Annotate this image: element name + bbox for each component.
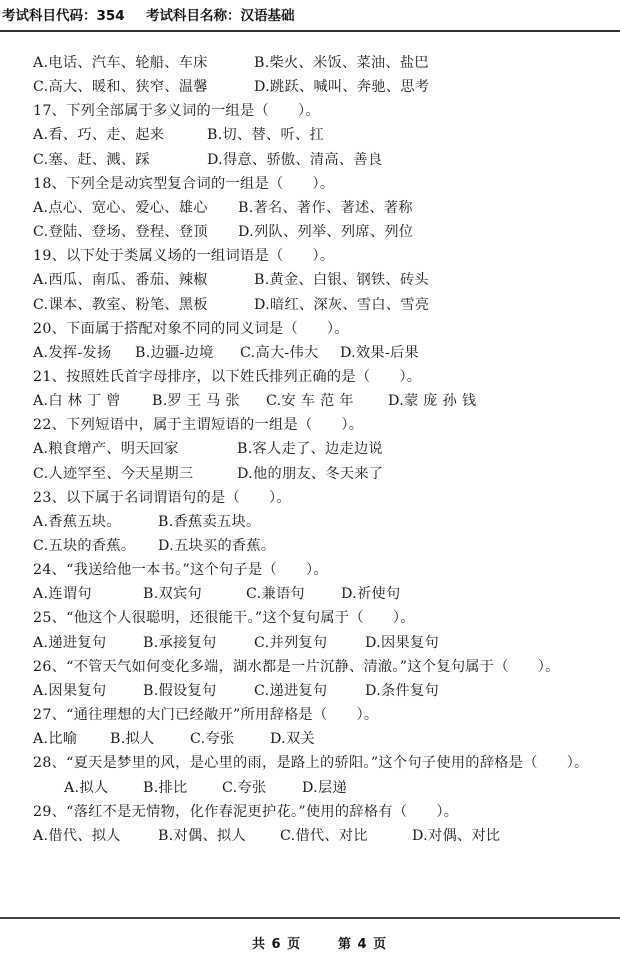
question-text: 17、下列全部属于多义词的一组是（ ）。 bbox=[33, 99, 320, 123]
answer-option: B.柴火、米饭、菜油、盐巴 bbox=[254, 51, 429, 75]
answer-option: B.切、替、听、扛 bbox=[207, 123, 324, 147]
options-row: A.拟人B.排比C.夸张D.层递 bbox=[0, 776, 620, 800]
answer-option: A.粮食增产、明天回家 bbox=[33, 437, 179, 461]
question-text: 23、以下属于名词谓语句的是（ ）。 bbox=[33, 486, 291, 510]
options-row: A.点心、宽心、爱心、雄心B.著名、著作、著述、著称 bbox=[0, 196, 620, 220]
question-text: 22、下列短语中，属于主谓短语的一组是（ ）。 bbox=[33, 413, 363, 437]
answer-option: B.香蕉卖五块。 bbox=[158, 510, 260, 534]
options-row: A.递进复句B.承接复句C.并列复句D.因果复句 bbox=[0, 631, 620, 655]
options-row: C.五块的香蕉。D.五块买的香蕉。 bbox=[0, 534, 620, 558]
options-row: A.香蕉五块。B.香蕉卖五块。 bbox=[0, 510, 620, 534]
answer-option: A.香蕉五块。 bbox=[33, 510, 121, 534]
question-row: 18、下列全是动宾型复合词的一组是（ ）。 bbox=[0, 172, 620, 196]
options-row: A.西瓜、南瓜、番茄、辣椒B.黄金、白银、钢铁、砖头 bbox=[0, 268, 620, 292]
question-text: 29、“落红不是无情物，化作春泥更护花。”使用的辞格有（ ）。 bbox=[33, 800, 458, 824]
answer-option: B.对偶、拟人 bbox=[158, 824, 246, 848]
answer-option: D.条件复句 bbox=[365, 679, 439, 703]
answer-option: B.排比 bbox=[143, 776, 188, 800]
answer-option: A.因果复句 bbox=[33, 679, 106, 703]
question-text: 24、“我送给他一本书。”这个句子是（ ）。 bbox=[33, 558, 328, 582]
answer-option: A.比喻 bbox=[33, 727, 77, 751]
subject-code: 考试科目代码：354 bbox=[2, 4, 125, 24]
question-text: 20、下面属于搭配对象不同的同义词是（ ）。 bbox=[33, 317, 349, 341]
question-row: 20、下面属于搭配对象不同的同义词是（ ）。 bbox=[0, 317, 620, 341]
answer-option: D.暗红、深灰、雪白、雪亮 bbox=[254, 293, 429, 317]
answer-option: D.双关 bbox=[270, 727, 315, 751]
options-row: C.课本、教室、粉笔、黑板D.暗红、深灰、雪白、雪亮 bbox=[0, 293, 620, 317]
answer-option: D.蒙 庞 孙 钱 bbox=[388, 389, 476, 413]
question-row: 29、“落红不是无情物，化作春泥更护花。”使用的辞格有（ ）。 bbox=[0, 800, 620, 824]
options-row: A.比喻B.拟人C.夸张D.双关 bbox=[0, 727, 620, 751]
question-row: 23、以下属于名词谓语句的是（ ）。 bbox=[0, 486, 620, 510]
options-row: C.人迹罕至、今天星期三D.他的朋友、冬天来了 bbox=[0, 462, 620, 486]
question-text: 28、“夏天是梦里的风，是心里的雨，是路上的骄阳。”这个句子使用的辞格是（ ）。 bbox=[33, 751, 589, 775]
question-text: 26、“不管天气如何变化多端，湖水都是一片沉静、清澈。”这个复句属于（ ）。 bbox=[33, 655, 560, 679]
answer-option: B.客人走了、边走边说 bbox=[237, 437, 383, 461]
answer-option: A.白 林 丁 曾 bbox=[33, 389, 121, 413]
question-row: 25、“他这个人很聪明，还很能干。”这个复句属于（ ）。 bbox=[0, 606, 620, 630]
answer-option: D.层递 bbox=[302, 776, 347, 800]
answer-option: D.得意、骄傲、清高、善良 bbox=[207, 148, 382, 172]
answer-option: C.塞、赶、溅、踩 bbox=[33, 148, 150, 172]
answer-option: B.边疆-边境 bbox=[135, 341, 214, 365]
options-row: A.连谓句B.双宾句C.兼语句D.祈使句 bbox=[0, 582, 620, 606]
answer-option: C.夸张 bbox=[222, 776, 266, 800]
question-row: 22、下列短语中，属于主谓短语的一组是（ ）。 bbox=[0, 413, 620, 437]
answer-option: D.祈使句 bbox=[341, 582, 400, 606]
answer-option: A.点心、宽心、爱心、雄心 bbox=[33, 196, 208, 220]
answer-option: A.递进复句 bbox=[33, 631, 106, 655]
answer-option: B.假设复句 bbox=[143, 679, 217, 703]
question-row: 28、“夏天是梦里的风，是心里的雨，是路上的骄阳。”这个句子使用的辞格是（ ）。 bbox=[0, 751, 620, 775]
answer-option: C.借代、对比 bbox=[280, 824, 368, 848]
options-row: C.登陆、登场、登程、登顶D.列队、列举、列席、列位 bbox=[0, 220, 620, 244]
answer-option: D.他的朋友、冬天来了 bbox=[237, 462, 383, 486]
answer-option: A.西瓜、南瓜、番茄、辣椒 bbox=[33, 268, 208, 292]
answer-option: B.罗 王 马 张 bbox=[152, 389, 240, 413]
answer-option: B.黄金、白银、钢铁、砖头 bbox=[254, 268, 429, 292]
question-text: 21、按照姓氏首字母排序，以下姓氏排列正确的是（ ）。 bbox=[33, 365, 421, 389]
answer-option: B.承接复句 bbox=[143, 631, 217, 655]
answer-option: D.跳跃、喊叫、奔驰、思考 bbox=[254, 75, 429, 99]
header-divider bbox=[0, 30, 620, 32]
question-text: 27、“通往理想的大门已经敞开”所用辞格是（ ）。 bbox=[33, 703, 378, 727]
answer-option: C.安 车 范 年 bbox=[266, 389, 354, 413]
footer-divider bbox=[0, 917, 620, 919]
options-row: C.塞、赶、溅、踩D.得意、骄傲、清高、善良 bbox=[0, 148, 620, 172]
question-row: 24、“我送给他一本书。”这个句子是（ ）。 bbox=[0, 558, 620, 582]
answer-option: D.对偶、对比 bbox=[412, 824, 500, 848]
options-row: A.白 林 丁 曾B.罗 王 马 张C.安 车 范 年D.蒙 庞 孙 钱 bbox=[0, 389, 620, 413]
answer-option: C.递进复句 bbox=[254, 679, 327, 703]
subject-name: 考试科目名称：汉语基础 bbox=[146, 4, 295, 24]
answer-option: A.电话、汽车、轮船、车床 bbox=[33, 51, 208, 75]
question-row: 26、“不管天气如何变化多端，湖水都是一片沉静、清澈。”这个复句属于（ ）。 bbox=[0, 655, 620, 679]
answer-option: C.并列复句 bbox=[254, 631, 327, 655]
answer-option: B.拟人 bbox=[110, 727, 155, 751]
answer-option: B.著名、著作、著述、著称 bbox=[238, 196, 413, 220]
options-row: A.看、巧、走、起来B.切、替、听、扛 bbox=[0, 123, 620, 147]
options-row: A.电话、汽车、轮船、车床B.柴火、米饭、菜油、盐巴 bbox=[0, 51, 620, 75]
answer-option: C.高大-伟大 bbox=[240, 341, 319, 365]
answer-option: D.五块买的香蕉。 bbox=[158, 534, 275, 558]
answer-option: D.效果-后果 bbox=[340, 341, 419, 365]
answer-option: D.列队、列举、列席、列位 bbox=[238, 220, 413, 244]
answer-option: C.夸张 bbox=[190, 727, 234, 751]
options-row: A.粮食增产、明天回家B.客人走了、边走边说 bbox=[0, 437, 620, 461]
answer-option: C.兼语句 bbox=[246, 582, 305, 606]
options-row: C.高大、暖和、狭窄、温馨D.跳跃、喊叫、奔驰、思考 bbox=[0, 75, 620, 99]
options-row: A.借代、拟人B.对偶、拟人C.借代、对比D.对偶、对比 bbox=[0, 824, 620, 848]
answer-option: C.课本、教室、粉笔、黑板 bbox=[33, 293, 208, 317]
answer-option: D.因果复句 bbox=[365, 631, 439, 655]
question-row: 17、下列全部属于多义词的一组是（ ）。 bbox=[0, 99, 620, 123]
answer-option: A.发挥-发扬 bbox=[33, 341, 111, 365]
question-text: 18、下列全是动宾型复合词的一组是（ ）。 bbox=[33, 172, 334, 196]
question-row: 27、“通往理想的大门已经敞开”所用辞格是（ ）。 bbox=[0, 703, 620, 727]
options-row: A.发挥-发扬B.边疆-边境C.高大-伟大D.效果-后果 bbox=[0, 341, 620, 365]
answer-option: A.借代、拟人 bbox=[33, 824, 121, 848]
answer-option: A.看、巧、走、起来 bbox=[33, 123, 164, 147]
answer-option: C.登陆、登场、登程、登顶 bbox=[33, 220, 208, 244]
question-text: 19、以下处于类属义场的一组词语是（ ）。 bbox=[33, 244, 334, 268]
answer-option: A.拟人 bbox=[64, 776, 108, 800]
page-current: 第 4 页 bbox=[338, 933, 387, 952]
answer-option: C.人迹罕至、今天星期三 bbox=[33, 462, 193, 486]
question-row: 19、以下处于类属义场的一组词语是（ ）。 bbox=[0, 244, 620, 268]
answer-option: C.高大、暖和、狭窄、温馨 bbox=[33, 75, 208, 99]
answer-option: B.双宾句 bbox=[143, 582, 202, 606]
question-row: 21、按照姓氏首字母排序，以下姓氏排列正确的是（ ）。 bbox=[0, 365, 620, 389]
page-total: 共 6 页 bbox=[252, 933, 301, 952]
answer-option: C.五块的香蕉。 bbox=[33, 534, 135, 558]
options-row: A.因果复句B.假设复句C.递进复句D.条件复句 bbox=[0, 679, 620, 703]
question-text: 25、“他这个人很聪明，还很能干。”这个复句属于（ ）。 bbox=[33, 606, 415, 630]
answer-option: A.连谓句 bbox=[33, 582, 92, 606]
